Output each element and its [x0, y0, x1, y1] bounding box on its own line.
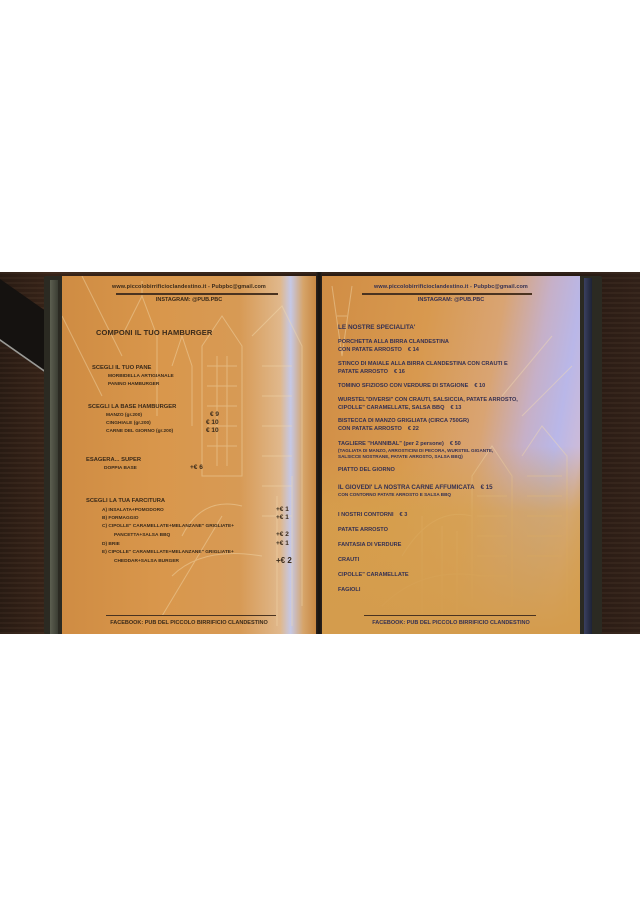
- menu-item-price: € 10: [206, 427, 219, 434]
- specialties-title: LE NOSTRE SPECIALITA': [338, 324, 415, 331]
- facebook-footer: FACEBOOK: PUB DEL PICCOLO BIRRIFICIO CLA…: [62, 620, 316, 626]
- specialty-item: STINCO DI MAIALE ALLA BIRRA CLANDESTINA …: [338, 360, 508, 376]
- sides-price: € 3: [400, 512, 408, 518]
- specialty-item: WURSTEL"DIVERSI" CON CRAUTI, SALSICCIA, …: [338, 396, 518, 412]
- header-divider: [116, 293, 278, 295]
- binder-right-rail: [584, 278, 592, 634]
- menu-item-price: +€ 2: [276, 531, 289, 538]
- specialty-price: € 50: [450, 441, 461, 447]
- menu-item: D) BRIE: [102, 542, 120, 547]
- menu-item-price: +€ 2: [276, 556, 292, 565]
- thursday-special-description: CON CONTORNO PATATE ARROSTO E SALSA BBQ: [338, 492, 451, 498]
- specialty-name: WURSTEL"DIVERSI" CON CRAUTI, SALSICCIA, …: [338, 396, 518, 404]
- sides-title: I NOSTRI CONTORNI€ 3: [338, 511, 407, 519]
- header-divider: [362, 293, 532, 295]
- menu-item: C) CIPOLLE" CARAMELLATE+MELANZANE" GRIGL…: [102, 524, 234, 529]
- specialty-name: TAGLIERE "HANNIBAL" (per 2 persone): [338, 441, 444, 447]
- menu-item: CINGHIALE (gr.200): [106, 421, 151, 426]
- side-item: CIPOLLE" CARAMELLATE: [338, 571, 409, 579]
- specialty-name: PIATTO DEL GIORNO: [338, 466, 395, 474]
- side-item: FAGIOLI: [338, 586, 360, 594]
- instagram-handle: INSTAGRAM: @PUB.PBC: [322, 297, 580, 303]
- website-email-header: www.piccolobirrificioclandestino.it - Pu…: [322, 284, 580, 290]
- specialty-name: CON PATATE ARROSTO: [338, 347, 402, 353]
- specialty-item: TAGLIERE "HANNIBAL" (per 2 persone)€ 50: [338, 440, 461, 448]
- side-item: PATATE ARROSTO: [338, 526, 388, 534]
- thursday-special-title: IL GIOVEDI' LA NOSTRA CARNE AFFUMICATA: [338, 484, 475, 491]
- menu-item: PANCETTA+SALSA BBQ: [114, 533, 170, 538]
- menu-item: B) FORMAGGIO: [102, 516, 139, 521]
- specialty-price: € 16: [394, 369, 405, 375]
- menu-item-price: +€ 6: [190, 464, 203, 471]
- specialty-name: PORCHETTA ALLA BIRRA CLANDESTINA: [338, 338, 449, 346]
- specialty-name: TOMINO SFIZIOSO CON VERDURE DI STAGIONE: [338, 383, 468, 389]
- left-page-content: www.piccolobirrificioclandestino.it - Pu…: [62, 276, 316, 634]
- menu-photo: www.piccolobirrificioclandestino.it - Pu…: [0, 272, 640, 634]
- specialty-price: € 13: [450, 405, 461, 411]
- menu-item: CARNE DEL GIORNO (gr.200): [106, 429, 173, 434]
- section-heading-base: SCEGLI LA BASE HAMBURGER: [88, 404, 176, 410]
- specialty-description: (TAGLIATA DI MANZO, ARROSTICINI DI PECOR…: [338, 448, 493, 459]
- website-email-header: www.piccolobirrificioclandestino.it - Pu…: [62, 284, 316, 290]
- specialty-item: PORCHETTA ALLA BIRRA CLANDESTINA CON PAT…: [338, 338, 449, 354]
- menu-item-price: +€ 1: [276, 514, 289, 521]
- footer-divider: [364, 615, 536, 617]
- binder-left-rail: [50, 280, 58, 634]
- specialty-item: TOMINO SFIZIOSO CON VERDURE DI STAGIONE€…: [338, 382, 485, 390]
- instagram-handle: INSTAGRAM: @PUB.PBC: [62, 297, 316, 303]
- specialty-item: BISTECCA DI MANZO GRIGLIATA (CIRCA 750GR…: [338, 417, 469, 433]
- thursday-special-price: € 15: [481, 484, 493, 491]
- menu-item: MORBIDELLA ARTIGIANALE: [108, 374, 174, 379]
- menu-item-price: € 10: [206, 419, 219, 426]
- menu-page-left: www.piccolobirrificioclandestino.it - Pu…: [62, 276, 316, 634]
- specialty-name: CON PATATE ARROSTO: [338, 426, 402, 432]
- side-item: FANTASIA DI VERDURE: [338, 541, 401, 549]
- specialty-price: € 22: [408, 426, 419, 432]
- specialty-price: € 14: [408, 347, 419, 353]
- menu-item: CHEDDAR+SALSA BURGER: [114, 559, 179, 564]
- specialty-name: STINCO DI MAIALE ALLA BIRRA CLANDESTINA …: [338, 360, 508, 368]
- specialty-name: PATATE ARROSTO: [338, 369, 388, 375]
- hamburger-title: COMPONI IL TUO HAMBURGER: [96, 328, 212, 337]
- specialty-description-line: (TAGLIATA DI MANZO, ARROSTICINI DI PECOR…: [338, 448, 493, 454]
- specialty-name: BISTECCA DI MANZO GRIGLIATA (CIRCA 750GR…: [338, 417, 469, 425]
- menu-item-price: +€ 1: [276, 506, 289, 513]
- specialty-item: PIATTO DEL GIORNO: [338, 466, 395, 474]
- menu-item: A) INSALATA+POMODORO: [102, 508, 164, 513]
- right-page-content: www.piccolobirrificioclandestino.it - Pu…: [322, 276, 580, 634]
- thursday-special: IL GIOVEDI' LA NOSTRA CARNE AFFUMICATA€ …: [338, 484, 493, 492]
- specialty-description-line: SALSICCE NOSTRANE, PATATE ARROSTO, SALSA…: [338, 454, 493, 460]
- menu-item: E) CIPOLLE" CARAMELLATE+MELANZANE" GRIGL…: [102, 550, 234, 555]
- sides-title-text: I NOSTRI CONTORNI: [338, 512, 394, 518]
- menu-item: PANINO HAMBURGER: [108, 382, 159, 387]
- menu-page-right: www.piccolobirrificioclandestino.it - Pu…: [322, 276, 580, 634]
- menu-item: DOPPIA BASE: [104, 466, 137, 471]
- facebook-footer: FACEBOOK: PUB DEL PICCOLO BIRRIFICIO CLA…: [322, 620, 580, 626]
- menu-item-price: € 9: [210, 411, 219, 418]
- side-item: CRAUTI: [338, 556, 359, 564]
- menu-item-price: +€ 1: [276, 540, 289, 547]
- section-heading-super: ESAGERA... SUPER: [86, 457, 141, 463]
- menu-item: MANZO (gr.200): [106, 413, 142, 418]
- section-heading-toppings: SCEGLI LA TUA FARCITURA: [86, 498, 165, 504]
- footer-divider: [106, 615, 276, 617]
- section-heading-bread: SCEGLI IL TUO PANE: [92, 365, 151, 371]
- specialty-name: CIPOLLE" CARAMELLATE, SALSA BBQ: [338, 405, 444, 411]
- specialty-price: € 10: [474, 383, 485, 389]
